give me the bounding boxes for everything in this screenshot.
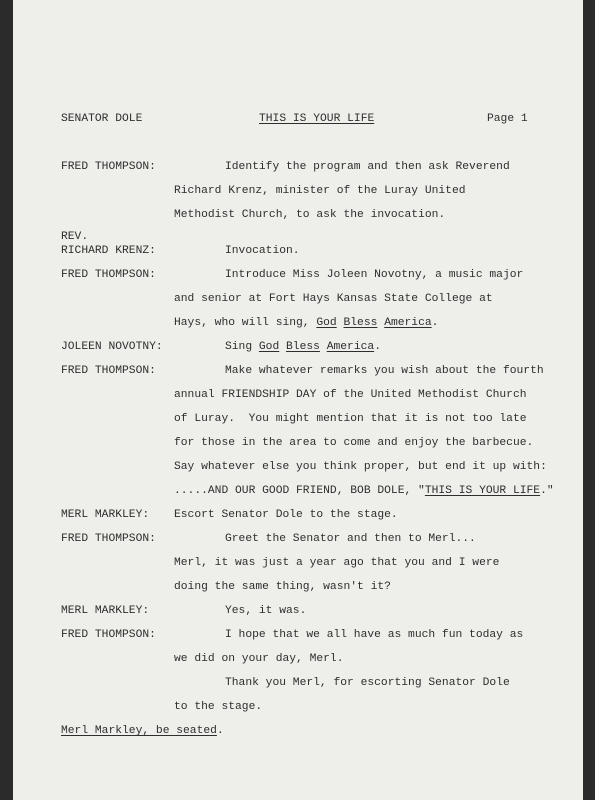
song-word: America: [327, 341, 374, 353]
line: for those in the area to come and enjoy …: [174, 436, 533, 450]
line: and senior at Fort Hays Kansas State Col…: [174, 292, 493, 306]
line: Greet the Senator and then to Merl...: [225, 532, 476, 546]
speaker: MERL MARKLEY:: [61, 508, 149, 522]
line: Make whatever remarks you wish about the…: [225, 364, 544, 378]
line: Hays, who will sing, God Bless America.: [174, 316, 438, 330]
line: Sing God Bless America.: [225, 340, 381, 354]
speaker: JOLEEN NOVOTNY:: [61, 340, 163, 354]
speaker-prefix: REV.: [61, 230, 88, 244]
line: I hope that we all have as much fun toda…: [225, 628, 523, 642]
page-number: Page 1: [487, 112, 528, 126]
closing-phrase: THIS IS YOUR LIFE: [425, 485, 540, 497]
line: Identify the program and then ask Revere…: [225, 160, 510, 174]
speaker: FRED THOMPSON:: [61, 628, 156, 642]
line: Thank you Merl, for escorting Senator Do…: [225, 676, 510, 690]
speaker: FRED THOMPSON:: [61, 532, 156, 546]
song-word: Bless: [344, 317, 378, 329]
line: doing the same thing, wasn't it?: [174, 580, 391, 594]
speaker: FRED THOMPSON:: [61, 364, 156, 378]
speaker: RICHARD KRENZ:: [61, 244, 156, 258]
line: Richard Krenz, minister of the Luray Uni…: [174, 184, 466, 198]
line: of Luray. You might mention that it is n…: [174, 412, 527, 426]
line: Say whatever else you think proper, but …: [174, 460, 547, 474]
line: Yes, it was.: [225, 604, 306, 618]
line: Escort Senator Dole to the stage.: [174, 508, 398, 522]
song-word: God: [316, 317, 336, 329]
line: Merl, it was just a year ago that you an…: [174, 556, 499, 570]
line: annual FRIENDSHIP DAY of the United Meth…: [174, 388, 527, 402]
song-word: Bless: [286, 341, 320, 353]
speaker: FRED THOMPSON:: [61, 160, 156, 174]
document-page: SENATOR DOLE THIS IS YOUR LIFE Page 1 FR…: [13, 0, 583, 800]
song-word: God: [259, 341, 279, 353]
line: we did on your day, Merl.: [174, 652, 343, 666]
line: Invocation.: [225, 244, 300, 258]
line: Methodist Church, to ask the invocation.: [174, 208, 445, 222]
line: Introduce Miss Joleen Novotny, a music m…: [225, 268, 523, 282]
speaker: FRED THOMPSON:: [61, 268, 156, 282]
speaker: MERL MARKLEY:: [61, 604, 149, 618]
song-word: America: [384, 317, 431, 329]
document-title: THIS IS YOUR LIFE: [259, 112, 374, 126]
line: to the stage.: [174, 700, 262, 714]
line: .....AND OUR GOOD FRIEND, BOB DOLE, "THI…: [174, 484, 554, 498]
header-left: SENATOR DOLE: [61, 112, 142, 126]
footer-note: Merl Markley, be seated.: [61, 724, 224, 738]
